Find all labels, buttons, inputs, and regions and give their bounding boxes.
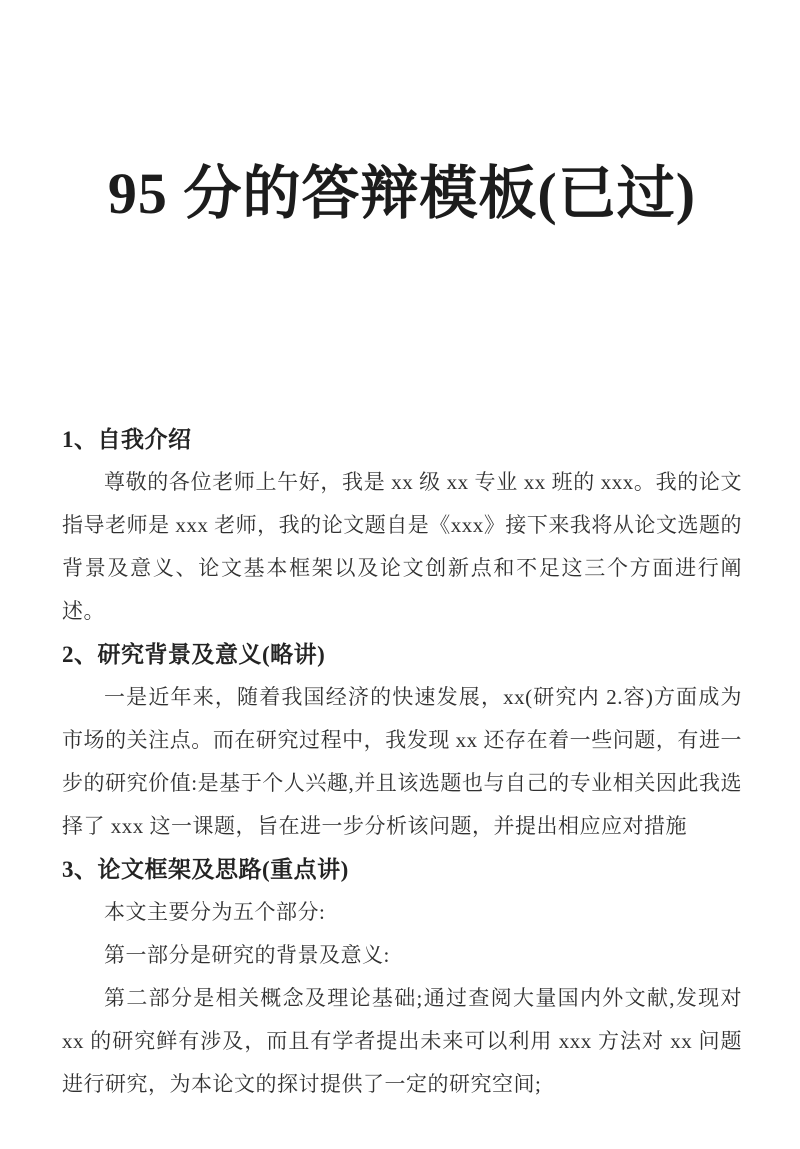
document-body: 1、自我介绍 尊敬的各位老师上午好，我是 xx 级 xx 专业 xx 班的 xx… xyxy=(62,418,742,1106)
section-3-paragraph-1: 本文主要分为五个部分: xyxy=(62,891,742,934)
section-1-paragraph: 尊敬的各位老师上午好，我是 xx 级 xx 专业 xx 班的 xxx。我的论文指… xyxy=(62,461,742,633)
section-thesis-framework: 3、论文框架及思路(重点讲) 本文主要分为五个部分: 第一部分是研究的背景及意义… xyxy=(62,848,742,1106)
section-self-introduction: 1、自我介绍 尊敬的各位老师上午好，我是 xx 级 xx 专业 xx 班的 xx… xyxy=(62,418,742,633)
section-3-heading: 3、论文框架及思路(重点讲) xyxy=(62,848,742,891)
section-research-background: 2、研究背景及意义(略讲) 一是近年来，随着我国经济的快速发展，xx(研究内 2… xyxy=(62,633,742,848)
section-2-heading: 2、研究背景及意义(略讲) xyxy=(62,633,742,676)
section-1-heading: 1、自我介绍 xyxy=(62,418,742,461)
document-title: 95 分的答辩模板(已过) xyxy=(62,0,742,226)
section-2-paragraph: 一是近年来，随着我国经济的快速发展，xx(研究内 2.容)方面成为市场的关注点。… xyxy=(62,676,742,848)
section-3-paragraph-2: 第一部分是研究的背景及意义: xyxy=(62,934,742,977)
section-3-paragraph-3: 第二部分是相关概念及理论基础;通过查阅大量国内外文献,发现对 xx 的研究鲜有涉… xyxy=(62,977,742,1106)
document-page: 95 分的答辩模板(已过) 1、自我介绍 尊敬的各位老师上午好，我是 xx 级 … xyxy=(0,0,800,1149)
